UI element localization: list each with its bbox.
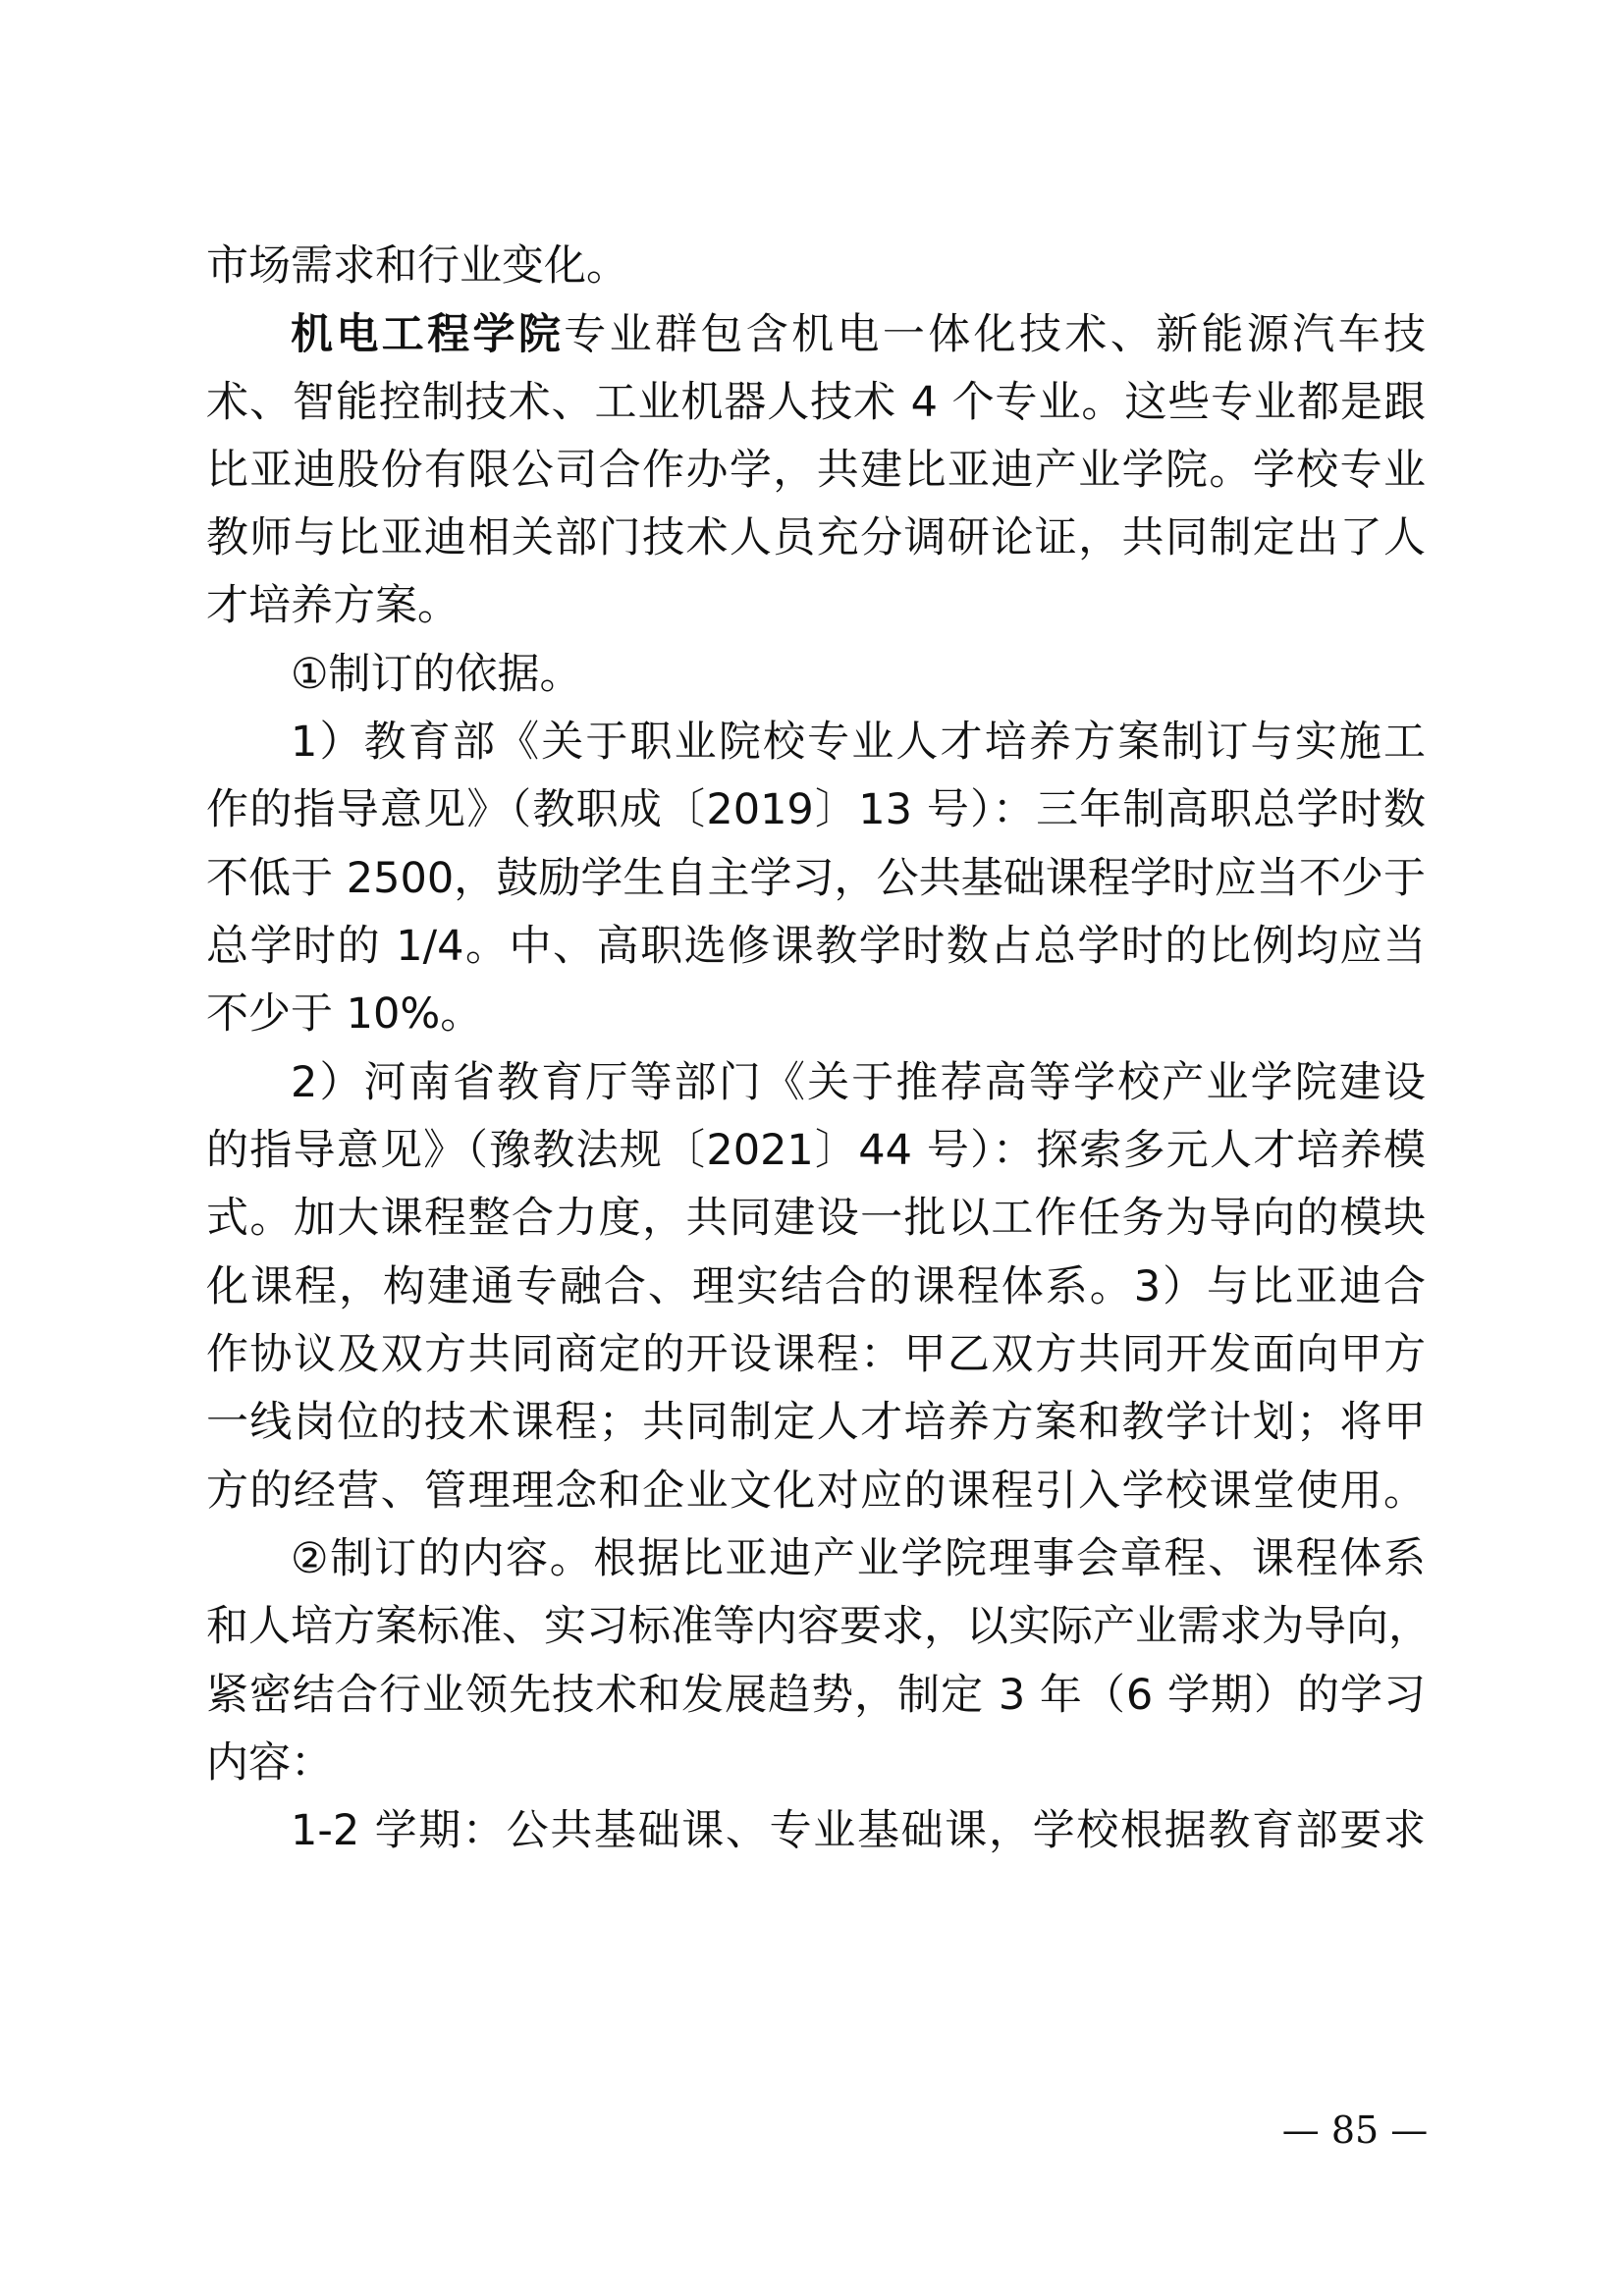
paragraph-line: 一线岗位的技术课程；共同制定人才培养方案和教学计划；将甲 xyxy=(206,1388,1426,1457)
paragraph-line: 和人培方案标准、实习标准等内容要求，以实际产业需求为导向， xyxy=(206,1592,1426,1661)
paragraph-line: 不低于 2500，鼓励学生自主学习，公共基础课程学时应当不少于 xyxy=(206,844,1426,913)
paragraph-line: 不少于 10%。 xyxy=(206,980,1426,1048)
line-text: 教师与比亚迪相关部门技术人员充分调研论证，共同制定出了人 xyxy=(206,513,1426,562)
line-text: 一线岗位的技术课程；共同制定人才培养方案和教学计划；将甲 xyxy=(206,1398,1426,1447)
line-text: 作协议及双方共同商定的开设课程：甲乙双方共同开发面向甲方 xyxy=(206,1330,1426,1379)
line-text: 化课程，构建通专融合、理实结合的课程体系。3）与比亚迪合 xyxy=(206,1262,1426,1311)
paragraph-line: 方的经营、管理理念和企业文化对应的课程引入学校课堂使用。 xyxy=(206,1457,1426,1525)
paragraph-line: 机电工程学院专业群包含机电一体化技术、新能源汽车技 xyxy=(291,300,1426,369)
line-text: 和人培方案标准、实习标准等内容要求，以实际产业需求为导向， xyxy=(206,1602,1431,1651)
line-text: 式。加大课程整合力度，共同建设一批以工作任务为导向的模块 xyxy=(206,1194,1426,1243)
paragraph-line: 式。加大课程整合力度，共同建设一批以工作任务为导向的模块 xyxy=(206,1184,1426,1253)
paragraph-line: 市场需求和行业变化。 xyxy=(206,232,1426,300)
line-text: 专业群包含机电一体化技术、新能源汽车技 xyxy=(564,310,1426,359)
paragraph-line: 作的指导意见》（教职成〔2019〕13 号）：三年制高职总学时数 xyxy=(206,775,1426,844)
paragraph-line: 化课程，构建通专融合、理实结合的课程体系。3）与比亚迪合 xyxy=(206,1253,1426,1321)
line-text: 不少于 10%。 xyxy=(206,989,482,1039)
paragraph-line: 1）教育部《关于职业院校专业人才培养方案制订与实施工 xyxy=(291,708,1426,776)
line-text: 市场需求和行业变化。 xyxy=(206,241,628,291)
line-text: 的指导意见》（豫教法规〔2021〕44 号）：探索多元人才培养模 xyxy=(206,1126,1426,1175)
line-text: 作的指导意见》（教职成〔2019〕13 号）：三年制高职总学时数 xyxy=(206,785,1426,834)
line-text: ①制订的依据。 xyxy=(291,650,582,699)
line-text: 总学时的 1/4。中、高职选修课教学时数占总学时的比例均应当 xyxy=(206,922,1426,971)
line-text: ②制订的内容。根据比亚迪产业学院理事会章程、课程体系 xyxy=(291,1534,1426,1583)
paragraph-line: 总学时的 1/4。中、高职选修课教学时数占总学时的比例均应当 xyxy=(206,912,1426,981)
line-text: 方的经营、管理理念和企业文化对应的课程引入学校课堂使用。 xyxy=(206,1467,1426,1516)
paragraph-line: 术、智能控制技术、工业机器人技术 4 个专业。这些专业都是跟 xyxy=(206,368,1426,437)
line-text: 1）教育部《关于职业院校专业人才培养方案制订与实施工 xyxy=(291,718,1426,767)
paragraph-line: 教师与比亚迪相关部门技术人员充分调研论证，共同制定出了人 xyxy=(206,504,1426,572)
paragraph-line: 1-2 学期：公共基础课、专业基础课，学校根据教育部要求 xyxy=(291,1796,1426,1865)
line-text: 术、智能控制技术、工业机器人技术 4 个专业。这些专业都是跟 xyxy=(206,378,1426,427)
section-heading-content: ②制订的内容。根据比亚迪产业学院理事会章程、课程体系 xyxy=(291,1524,1426,1593)
paragraph-line: 2）河南省教育厅等部门《关于推荐高等学校产业学院建设 xyxy=(291,1048,1426,1117)
line-text: 才培养方案。 xyxy=(206,581,460,630)
paragraph-line: 作协议及双方共同商定的开设课程：甲乙双方共同开发面向甲方 xyxy=(206,1320,1426,1389)
line-text: 2）河南省教育厅等部门《关于推荐高等学校产业学院建设 xyxy=(291,1058,1426,1107)
line-text: 紧密结合行业领先技术和发展趋势，制定 3 年（6 学期）的学习 xyxy=(206,1671,1426,1720)
document-page: 市场需求和行业变化。 机电工程学院专业群包含机电一体化技术、新能源汽车技 术、智… xyxy=(0,0,1624,2296)
section-heading-basis: ①制订的依据。 xyxy=(291,640,1426,709)
paragraph-line: 才培养方案。 xyxy=(206,571,1426,640)
page-number: — 85 — xyxy=(1267,2101,1443,2160)
paragraph-line: 的指导意见》（豫教法规〔2021〕44 号）：探索多元人才培养模 xyxy=(206,1116,1426,1185)
line-text: 1-2 学期：公共基础课、专业基础课，学校根据教育部要求 xyxy=(291,1806,1426,1855)
line-text: 内容： xyxy=(206,1738,333,1788)
line-text: 比亚迪股份有限公司合作办学，共建比亚迪产业学院。学校专业 xyxy=(206,446,1426,495)
college-name-heading: 机电工程学院 xyxy=(291,310,564,359)
line-text: 不低于 2500，鼓励学生自主学习，公共基础课程学时应当不少于 xyxy=(206,854,1426,903)
paragraph-line: 内容： xyxy=(206,1729,1426,1797)
paragraph-line: 紧密结合行业领先技术和发展趋势，制定 3 年（6 学期）的学习 xyxy=(206,1661,1426,1730)
paragraph-line: 比亚迪股份有限公司合作办学，共建比亚迪产业学院。学校专业 xyxy=(206,436,1426,505)
